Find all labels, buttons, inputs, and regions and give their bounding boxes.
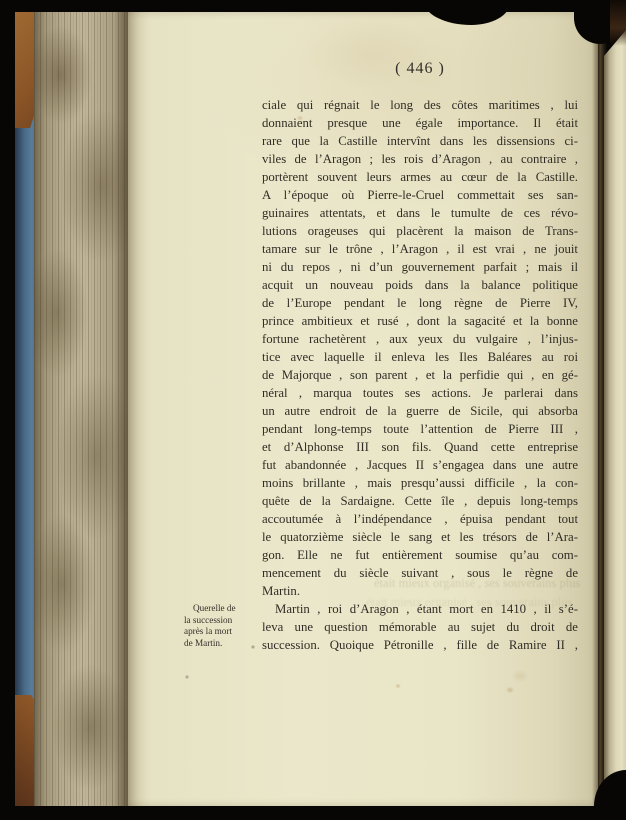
- margin-note-line: après la mort: [184, 626, 260, 638]
- spine-top-right-shadow: [610, 0, 626, 46]
- book-page: ( 446 ) ciale qui régnait le long des cô…: [128, 12, 598, 806]
- book-scan-photo: ( 446 ) ciale qui régnait le long des cô…: [0, 0, 626, 820]
- text-line: quête de la Sardaigne. Cette île , depui…: [262, 492, 578, 510]
- text-line: A l’époque où Pierre-le-Cruel commettait…: [262, 186, 578, 204]
- text-line: fortune rachetèrent , aux yeux du vulgai…: [262, 330, 578, 348]
- text-line: succession. Quoique Pétronille , fille d…: [262, 636, 578, 654]
- text-line: et d’Alphonse III son fils. Quand cette …: [262, 438, 578, 456]
- margin-note-line: la succession: [184, 615, 260, 627]
- text-line: lutions orageuses qui placèrent la maiso…: [262, 222, 578, 240]
- text-line: le quatorzième siècle le sang et les tré…: [262, 528, 578, 546]
- text-line: Martin.: [262, 582, 578, 600]
- text-line: mencement du siècle suivant , sous le rè…: [262, 564, 578, 582]
- text-line: tamare sur le trône , l’Aragon , il est …: [262, 240, 578, 258]
- text-line: accoutumée à l’indépendance , épuisa pen…: [262, 510, 578, 528]
- text-line: guinaires attentats, et dans le tumulte …: [262, 204, 578, 222]
- text-line: prince ambitieux et rusé , dont la sagac…: [262, 312, 578, 330]
- margin-note-line: de Martin.: [184, 638, 260, 650]
- text-line: acquit un nouveau poids dans la balance …: [262, 276, 578, 294]
- text-line: donnaient presque une égale importance. …: [262, 114, 578, 132]
- margin-note: Querelle dela successionaprès la mortde …: [184, 603, 260, 649]
- body-text: ciale qui régnait le long des côtes mari…: [262, 96, 578, 654]
- text-line: portèrent souvent leurs armes au cœur de…: [262, 168, 578, 186]
- text-line: néral , marqua toutes ses actions. Je pa…: [262, 384, 578, 402]
- text-line: tice avec laquelle il enleva les Iles Ba…: [262, 348, 578, 366]
- text-line: ni du repos , ni d’un gouvernement parfa…: [262, 258, 578, 276]
- page-fore-edge-marbled: [34, 11, 128, 807]
- facing-page-edge: [604, 30, 626, 806]
- text-line: ciale qui régnait le long des côtes mari…: [262, 96, 578, 114]
- page-number: ( 446 ): [262, 60, 578, 78]
- text-line: viles de l’Aragon ; les rois d’Aragon , …: [262, 150, 578, 168]
- text-line: fut abandonnée , Jacques II s’engagea da…: [262, 456, 578, 474]
- photo-background-top: [0, 0, 626, 12]
- text-line: rare que la Castille intervînt dans les …: [262, 132, 578, 150]
- text-line: Martin , roi d’Aragon , étant mort en 14…: [262, 600, 578, 618]
- margin-note-line: Querelle de: [184, 603, 260, 615]
- photo-background-left: [0, 0, 15, 820]
- photo-background-bottom: [0, 806, 626, 820]
- text-line: de l’Europe pendant le long règne de Pie…: [262, 294, 578, 312]
- text-line: de Majorque , son parent , et la perfidi…: [262, 366, 578, 384]
- text-line: gon. Elle ne fut entièrement soumise qu’…: [262, 546, 578, 564]
- text-line: leva une question mémorable au sujet du …: [262, 618, 578, 636]
- text-line: un autre endroit de la guerre de Sicile,…: [262, 402, 578, 420]
- text-line: moins brillante , mais presqu’aussi diff…: [262, 474, 578, 492]
- text-line: pendant long-temps toute l’attention de …: [262, 420, 578, 438]
